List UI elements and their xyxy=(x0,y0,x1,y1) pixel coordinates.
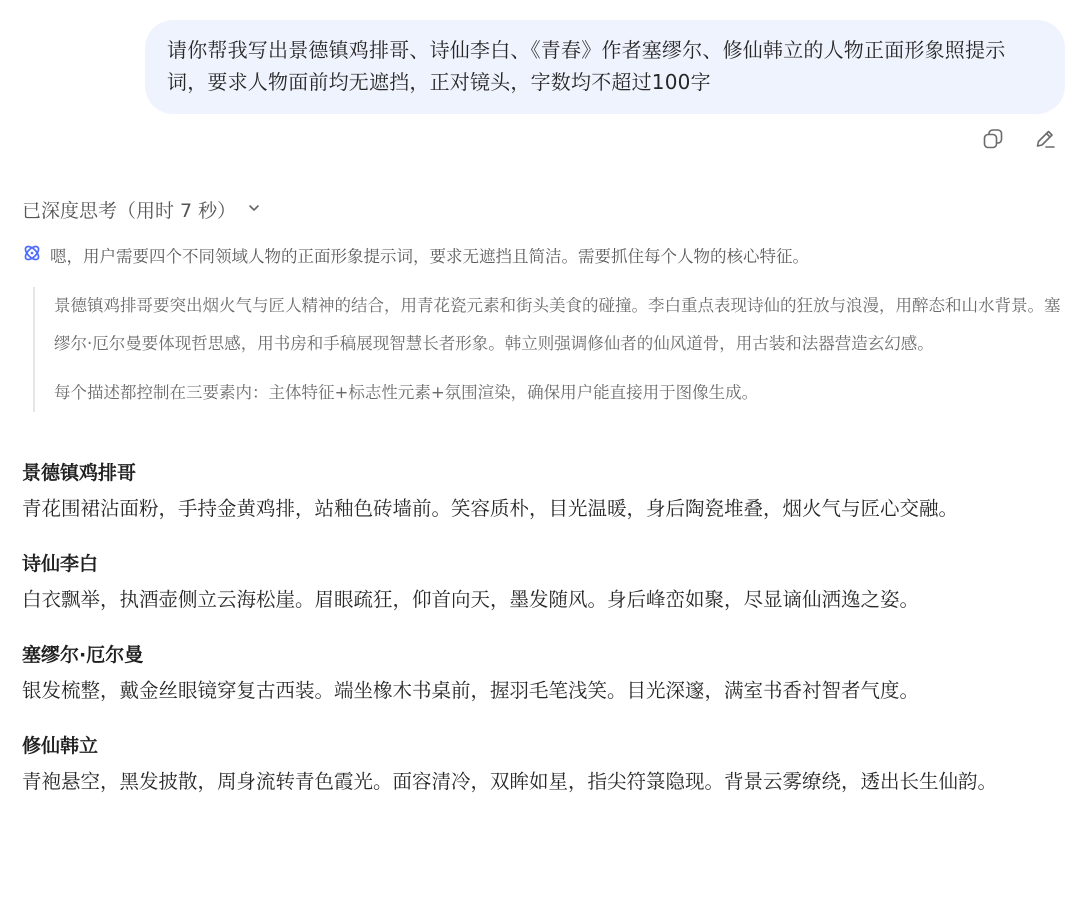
copy-icon xyxy=(981,127,1005,155)
copy-button[interactable] xyxy=(980,128,1006,154)
answer-section: 景德镇鸡排哥 青花围裙沾面粉，手持金黄鸡排，站釉色砖墙前。笑容质朴，目光温暖，身… xyxy=(22,456,1067,527)
message-actions xyxy=(980,128,1058,154)
edit-icon xyxy=(1033,127,1057,155)
thinking-summary: 嗯，用户需要四个不同领域人物的正面形象提示词，要求无遮挡且简洁。需要抓住每个人物… xyxy=(22,243,809,271)
answer-content: 景德镇鸡排哥 青花围裙沾面粉，手持金黄鸡排，站釉色砖墙前。笑容质朴，目光温暖，身… xyxy=(22,456,1067,820)
answer-section: 塞缪尔·厄尔曼 银发梳整，戴金丝眼镜穿复古西装。端坐橡木书桌前，握羽毛笔浅笑。目… xyxy=(22,638,1067,709)
thinking-summary-text: 嗯，用户需要四个不同领域人物的正面形象提示词，要求无遮挡且简洁。需要抓住每个人物… xyxy=(50,244,809,270)
user-message: 请你帮我写出景德镇鸡排哥、诗仙李白、《青春》作者塞缪尔、修仙韩立的人物正面形象照… xyxy=(145,20,1065,114)
thinking-paragraph: 每个描述都控制在三要素内：主体特征+标志性元素+氛围渲染，确保用户能直接用于图像… xyxy=(54,374,1068,412)
section-title: 修仙韩立 xyxy=(22,729,1067,763)
section-title: 诗仙李白 xyxy=(22,547,1067,581)
thinking-toggle[interactable]: 已深度思考（用时 7 秒） xyxy=(22,196,262,223)
user-message-bubble: 请你帮我写出景德镇鸡排哥、诗仙李白、《青春》作者塞缪尔、修仙韩立的人物正面形象照… xyxy=(145,20,1065,114)
chevron-down-icon xyxy=(246,199,262,221)
thinking-paragraph: 景德镇鸡排哥要突出烟火气与匠人精神的结合，用青花瓷元素和街头美食的碰撞。李白重点… xyxy=(54,287,1068,362)
section-text: 白衣飘举，执酒壶侧立云海松崖。眉眼疏狂，仰首向天，墨发随风。身后峰峦如聚，尽显谪… xyxy=(22,581,1067,618)
answer-section: 修仙韩立 青袍悬空，黑发披散，周身流转青色霞光。面容清冷，双眸如星，指尖符箓隐现… xyxy=(22,729,1067,800)
edit-button[interactable] xyxy=(1032,128,1058,154)
section-text: 银发梳整，戴金丝眼镜穿复古西装。端坐橡木书桌前，握羽毛笔浅笑。目光深邃，满室书香… xyxy=(22,672,1067,709)
section-title: 塞缪尔·厄尔曼 xyxy=(22,638,1067,672)
thinking-header-label: 已深度思考（用时 7 秒） xyxy=(22,196,236,223)
section-title: 景德镇鸡排哥 xyxy=(22,456,1067,490)
section-text: 青袍悬空，黑发披散，周身流转青色霞光。面容清冷，双眸如星，指尖符箓隐现。背景云雾… xyxy=(22,763,1067,800)
atom-icon xyxy=(22,243,42,271)
thinking-content: 景德镇鸡排哥要突出烟火气与匠人精神的结合，用青花瓷元素和街头美食的碰撞。李白重点… xyxy=(33,287,1068,412)
section-text: 青花围裙沾面粉，手持金黄鸡排，站釉色砖墙前。笑容质朴，目光温暖，身后陶瓷堆叠，烟… xyxy=(22,490,1067,527)
answer-section: 诗仙李白 白衣飘举，执酒壶侧立云海松崖。眉眼疏狂，仰首向天，墨发随风。身后峰峦如… xyxy=(22,547,1067,618)
